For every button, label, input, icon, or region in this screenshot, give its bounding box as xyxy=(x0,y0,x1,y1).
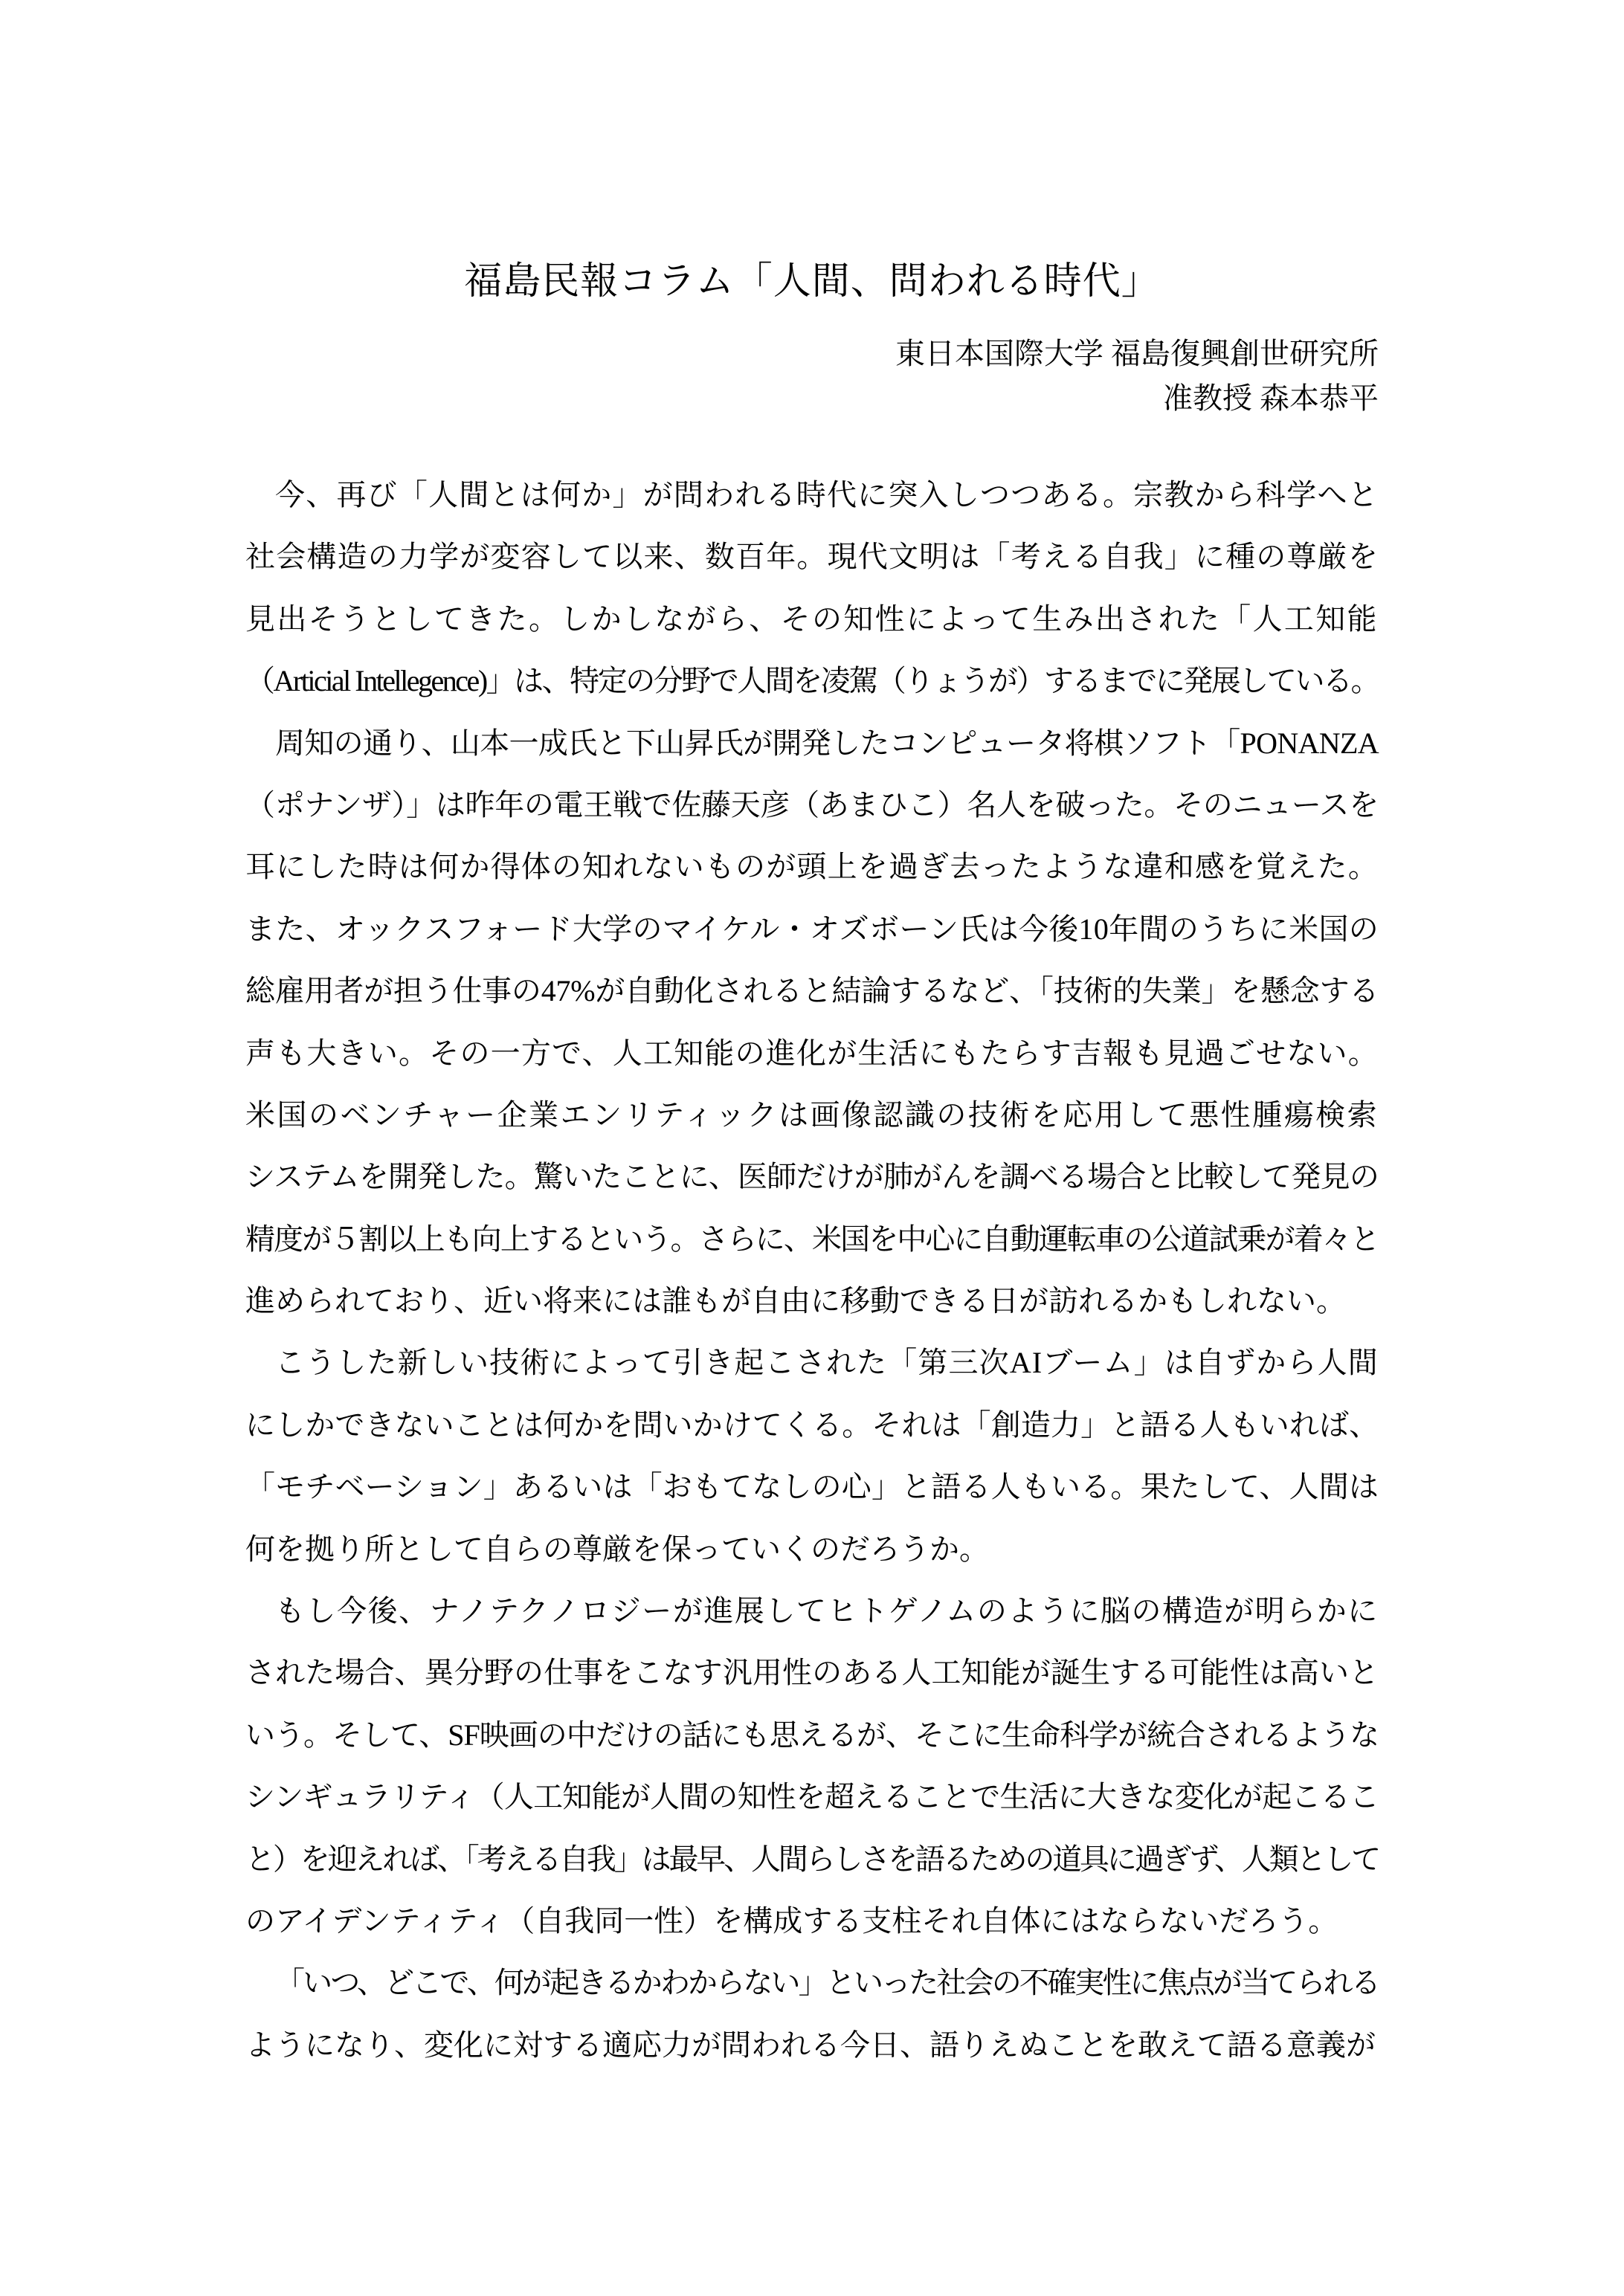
body-line-text: 社会構造の力学が変容して以来、数百年。現代文明は「考える自我」に種の尊厳を xyxy=(245,526,1379,587)
body-line: シンギュラリティ（人工知能が人間の知性を超えることで生活に大きな変化が起こるこ xyxy=(245,1766,1379,1828)
body-line: 声も大きい。その一方で、人工知能の進化が生活にもたらす吉報も見過ごせない。 xyxy=(245,1022,1379,1084)
body-line-text: 精度が５割以上も向上するという。さらに、米国を中心に自動運転車の公道試乗が着々と xyxy=(245,1208,1379,1270)
body-line: 見出そうとしてきた。しかしながら、その知性によって生み出された「人工知能 xyxy=(245,588,1379,650)
body-line: （ポナンザ）」は昨年の電王戦で佐藤天彦（あまひこ）名人を破った。そのニュースを xyxy=(245,774,1379,836)
document-title: 福島民報コラム「人間、問われる時代」 xyxy=(245,259,1379,305)
body-line: また、オックスフォード大学のマイケル・オズボーン氏は今後10年間のうちに米国の xyxy=(245,898,1379,960)
byline-author: 准教授 森本恭平 xyxy=(245,376,1379,421)
body-line-text: いう。そして、SF映画の中だけの話にも思えるが、そこに生命科学が統合されるような xyxy=(245,1704,1379,1766)
document-page: 福島民報コラム「人間、問われる時代」 東日本国際大学 福島復興創世研究所 准教授… xyxy=(0,0,1624,2296)
paragraph: 「いつ、どこで、何が起きるかわからない」といった社会の不確実性に焦点が当てられる… xyxy=(245,1952,1379,2076)
body-line: 社会構造の力学が変容して以来、数百年。現代文明は「考える自我」に種の尊厳を xyxy=(245,526,1379,587)
body-line: こうした新しい技術によって引き起こされた「第三次AIブーム」は自ずから人間 xyxy=(245,1332,1379,1393)
body-line-text: にしかできないことは何かを問いかけてくる。それは「創造力」と語る人もいれば、 xyxy=(245,1394,1379,1456)
body-line: にしかできないことは何かを問いかけてくる。それは「創造力」と語る人もいれば、 xyxy=(245,1394,1379,1456)
body-line-text: （ポナンザ）」は昨年の電王戦で佐藤天彦（あまひこ）名人を破った。そのニュースを xyxy=(245,774,1379,836)
paragraph: こうした新しい技術によって引き起こされた「第三次AIブーム」は自ずから人間にしか… xyxy=(245,1332,1379,1580)
body-line-text: 見出そうとしてきた。しかしながら、その知性によって生み出された「人工知能 xyxy=(245,588,1379,650)
body-line: 総雇用者が担う仕事の47%が自動化されると結論するなど、「技術的失業」を懸念する xyxy=(245,960,1379,1022)
byline-block: 東日本国際大学 福島復興創世研究所 准教授 森本恭平 xyxy=(245,332,1379,421)
body-line: 耳にした時は何か得体の知れないものが頭上を過ぎ去ったような違和感を覚えた。 xyxy=(245,836,1379,897)
body-line-text: システムを開発した。驚いたことに、医師だけが肺がんを調べる場合と比較して発見の xyxy=(245,1146,1379,1207)
body-line: のアイデンティティ（自我同一性）を構成する支柱それ自体にはならないだろう。 xyxy=(245,1890,1379,1952)
body-line: 周知の通り、山本一成氏と下山昇氏が開発したコンピュータ将棋ソフト「PONANZA xyxy=(245,712,1379,774)
body-line-text: （Articial Intellegence)」は、特定の分野で人間を凌駕（りょ… xyxy=(245,650,1379,712)
body-line-text: 周知の通り、山本一成氏と下山昇氏が開発したコンピュータ将棋ソフト「PONANZA xyxy=(275,712,1379,774)
body-line-text: 進められており、近い将来には誰もが自由に移動できる日が訪れるかもしれない。 xyxy=(245,1270,1346,1332)
body-line: いう。そして、SF映画の中だけの話にも思えるが、そこに生命科学が統合されるような xyxy=(245,1704,1379,1766)
body-line: 「いつ、どこで、何が起きるかわからない」といった社会の不確実性に焦点が当てられる xyxy=(245,1952,1379,2013)
byline-affiliation: 東日本国際大学 福島復興創世研究所 xyxy=(245,332,1379,376)
body-line-text: 「いつ、どこで、何が起きるかわからない」といった社会の不確実性に焦点が当てられる xyxy=(275,1952,1379,2013)
body-line-text: された場合、異分野の仕事をこなす汎用性のある人工知能が誕生する可能性は高いと xyxy=(245,1642,1379,1703)
body-line-text: ようになり、変化に対する適応力が問われる今日、語りえぬことを敢えて語る意義が xyxy=(245,2014,1376,2076)
body-line: 進められており、近い将来には誰もが自由に移動できる日が訪れるかもしれない。 xyxy=(245,1270,1379,1332)
body-line-text: また、オックスフォード大学のマイケル・オズボーン氏は今後10年間のうちに米国の xyxy=(245,898,1379,960)
body-line: された場合、異分野の仕事をこなす汎用性のある人工知能が誕生する可能性は高いと xyxy=(245,1642,1379,1703)
body-line-text: 「モチベーション」あるいは「おもてなしの心」と語る人もいる。果たして、人間は xyxy=(245,1456,1379,1518)
body-line: 今、再び「人間とは何か」が問われる時代に突入しつつある。宗教から科学へと xyxy=(245,464,1379,526)
body-line-text: シンギュラリティ（人工知能が人間の知性を超えることで生活に大きな変化が起こるこ xyxy=(245,1766,1379,1828)
body-line-text: 総雇用者が担う仕事の47%が自動化されると結論するなど、「技術的失業」を懸念する xyxy=(245,960,1379,1022)
paragraph: 今、再び「人間とは何か」が問われる時代に突入しつつある。宗教から科学へと社会構造… xyxy=(245,464,1379,712)
document-body: 今、再び「人間とは何か」が問われる時代に突入しつつある。宗教から科学へと社会構造… xyxy=(245,464,1379,2076)
body-line-text: 今、再び「人間とは何か」が問われる時代に突入しつつある。宗教から科学へと xyxy=(275,464,1379,526)
paragraph: 周知の通り、山本一成氏と下山昇氏が開発したコンピュータ将棋ソフト「PONANZA… xyxy=(245,712,1379,1332)
body-line: システムを開発した。驚いたことに、医師だけが肺がんを調べる場合と比較して発見の xyxy=(245,1146,1379,1207)
body-line: 精度が５割以上も向上するという。さらに、米国を中心に自動運転車の公道試乗が着々と xyxy=(245,1208,1379,1270)
body-line: 「モチベーション」あるいは「おもてなしの心」と語る人もいる。果たして、人間は xyxy=(245,1456,1379,1518)
body-line-text: もし今後、ナノテクノロジーが進展してヒトゲノムのように脳の構造が明らかに xyxy=(275,1580,1379,1642)
body-line-text: 声も大きい。その一方で、人工知能の進化が生活にもたらす吉報も見過ごせない。 xyxy=(245,1022,1379,1084)
body-line: 米国のベンチャー企業エンリティックは画像認識の技術を応用して悪性腫瘍検索 xyxy=(245,1084,1379,1146)
body-line-text: こうした新しい技術によって引き起こされた「第三次AIブーム」は自ずから人間 xyxy=(275,1332,1379,1393)
body-line-text: のアイデンティティ（自我同一性）を構成する支柱それ自体にはならないだろう。 xyxy=(245,1890,1338,1952)
body-line: と）を迎えれば、「考える自我」は最早、人間らしさを語るための道具に過ぎず、人類と… xyxy=(245,1828,1379,1890)
body-line: （Articial Intellegence)」は、特定の分野で人間を凌駕（りょ… xyxy=(245,650,1379,712)
body-line: 何を拠り所として自らの尊厳を保っていくのだろうか。 xyxy=(245,1518,1379,1580)
body-line-text: 何を拠り所として自らの尊厳を保っていくのだろうか。 xyxy=(245,1518,989,1580)
body-line-text: 耳にした時は何か得体の知れないものが頭上を過ぎ去ったような違和感を覚えた。 xyxy=(245,836,1379,897)
body-line-text: と）を迎えれば、「考える自我」は最早、人間らしさを語るための道具に過ぎず、人類と… xyxy=(245,1828,1379,1890)
body-line: もし今後、ナノテクノロジーが進展してヒトゲノムのように脳の構造が明らかに xyxy=(245,1580,1379,1642)
body-line-text: 米国のベンチャー企業エンリティックは画像認識の技術を応用して悪性腫瘍検索 xyxy=(245,1084,1379,1146)
body-line: ようになり、変化に対する適応力が問われる今日、語りえぬことを敢えて語る意義が xyxy=(245,2014,1379,2076)
paragraph: もし今後、ナノテクノロジーが進展してヒトゲノムのように脳の構造が明らかにされた場… xyxy=(245,1580,1379,1952)
